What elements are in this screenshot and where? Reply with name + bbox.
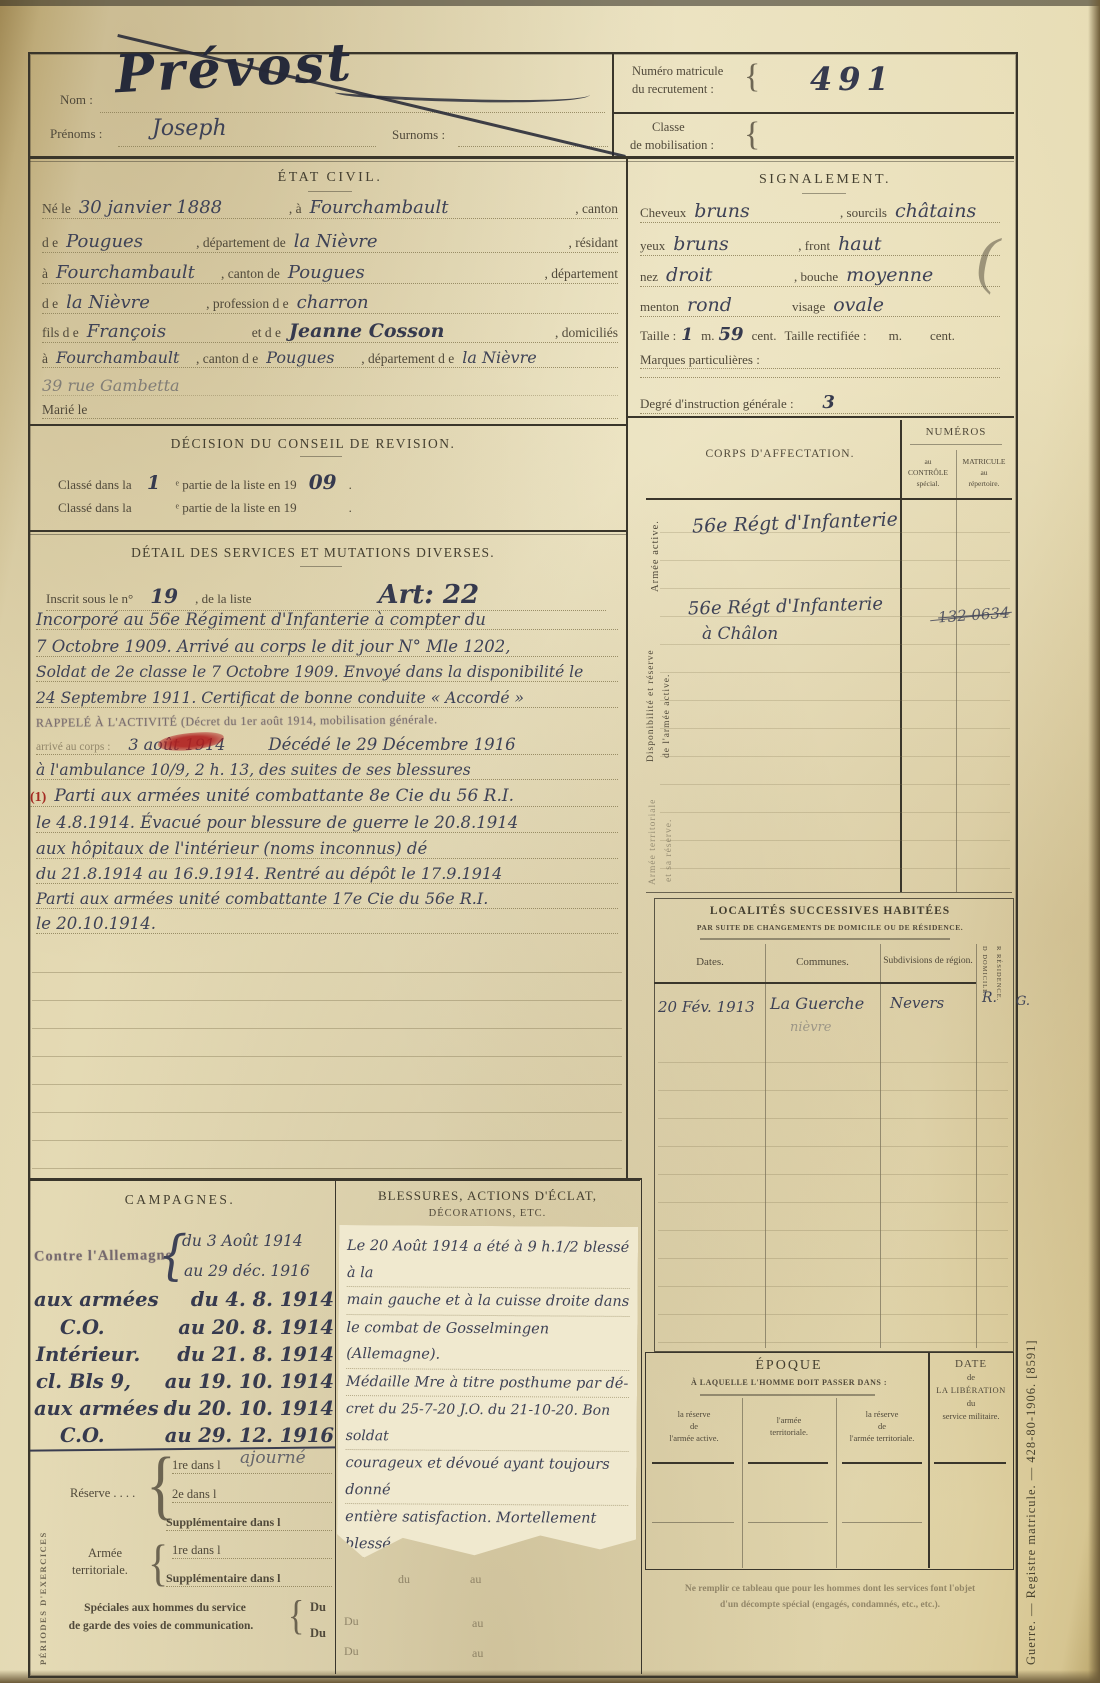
blessures-au-label: au bbox=[470, 1572, 481, 1587]
taille-cm-value: 59 bbox=[719, 324, 744, 345]
localites-commune-faint-value: nièvre bbox=[790, 1020, 831, 1035]
armee-label: Armée bbox=[88, 1546, 122, 1561]
menton-label: menton bbox=[640, 299, 679, 315]
matricule-label-line1: Numéro matricule bbox=[632, 64, 723, 79]
service-entry-1: Incorporé au 56e Régiment d'Infanterie à… bbox=[36, 610, 618, 630]
localites-empty-rules bbox=[658, 1035, 1008, 1343]
marie-line: Marié le bbox=[42, 402, 618, 419]
epoque-title: ÉPOQUE bbox=[650, 1358, 928, 1374]
speciales-au-row-1: au bbox=[472, 1616, 483, 1631]
localites-dates-header: Dates. bbox=[656, 956, 764, 968]
birth-departement-value: la Nièvre bbox=[294, 231, 569, 252]
article-value: Art: 22 bbox=[252, 580, 607, 610]
speciales-du-1: Du bbox=[310, 1600, 326, 1615]
localites-subdivision-value: Nevers bbox=[890, 994, 944, 1012]
campagne-lieu: cl. Bls 9, bbox=[36, 1370, 131, 1393]
domicilies-label: , domiciliés bbox=[555, 325, 618, 341]
matricule-line-2: au bbox=[956, 467, 1012, 478]
reserve-suppl-label: Supplémentaire dans l bbox=[166, 1515, 280, 1530]
epoque-subtitle: À LAQUELLE L'HOMME DOIT PASSER DANS : bbox=[650, 1378, 928, 1387]
marques-blank-rule bbox=[640, 377, 1000, 378]
profession-value: charron bbox=[297, 292, 618, 313]
epoque-row2-rule-3 bbox=[842, 1522, 922, 1523]
col3-line-3: l'armée territoriale. bbox=[838, 1432, 926, 1444]
evacue-line: le 4.8.1914. Évacué pour blessure de gue… bbox=[36, 813, 618, 833]
campagne-ligne-1: aux arméesdu 4. 8. 1914 bbox=[34, 1288, 334, 1311]
yeux-line: yeux bruns , front haut bbox=[640, 233, 1000, 256]
blessures-subtitle: DÉCORATIONS, ETC. bbox=[340, 1208, 635, 1219]
nom-rule bbox=[100, 112, 605, 113]
departement-de-label: , département d e bbox=[361, 351, 454, 367]
campagne-dates: du 4. 8. 1914 bbox=[191, 1288, 334, 1311]
taille-rectifiee-label: Taille rectifiée : bbox=[784, 328, 866, 344]
controle-line-3: spécial. bbox=[900, 478, 956, 489]
reserve-row-3: Supplémentaire dans l bbox=[166, 1515, 332, 1531]
marie-le-label: Marié le bbox=[42, 402, 87, 418]
blessure-text-line-1: Le 20 Août 1914 a été à 9 h.1/2 blessé à… bbox=[347, 1233, 630, 1289]
controle-line-2: CONTRÔLE bbox=[900, 467, 956, 478]
campagne-lieu: Intérieur. bbox=[36, 1343, 140, 1366]
services-title-rule bbox=[300, 566, 342, 567]
parti-armees-line-1: (1) Parti aux armées unité combattante 8… bbox=[30, 786, 618, 807]
domicile-canton-value: Pougues bbox=[266, 348, 361, 367]
speciales-du-row-2: Du bbox=[344, 1644, 359, 1659]
speciales-du-2: Du bbox=[310, 1626, 326, 1641]
main-column-divider bbox=[626, 158, 628, 1178]
matricule-line-3: répertoire. bbox=[956, 478, 1012, 489]
taille-rectifiee-cent: cent. bbox=[930, 328, 955, 344]
arrive-au-corps-label: arrivé au corps : bbox=[36, 741, 110, 753]
territoriale-label: territoriale. bbox=[72, 1563, 128, 1578]
epoque-col3-rule bbox=[842, 1462, 922, 1464]
yeux-label: yeux bbox=[640, 238, 665, 254]
father-name-value: François bbox=[87, 321, 252, 342]
col1-line-1: la réserve bbox=[648, 1408, 740, 1420]
taille-line: Taille : 1 m. 59 cent. Taille rectifiée … bbox=[640, 324, 1000, 345]
date-header-line-4: du bbox=[930, 1397, 1012, 1410]
col1-line-2: de bbox=[648, 1420, 740, 1432]
epoque-title-rule bbox=[700, 1394, 875, 1396]
date-header-line-1: DATE bbox=[930, 1358, 1012, 1371]
controle-special-header: au CONTRÔLE spécial. bbox=[900, 456, 956, 489]
localites-title-rule bbox=[700, 938, 950, 940]
header-bottom-hairline bbox=[28, 161, 1014, 162]
corps-table-rules bbox=[660, 505, 1010, 885]
speciales-label-1: Spéciales aux hommes du service bbox=[44, 1602, 286, 1614]
epoque-col1-header: la réserve de l'armée active. bbox=[648, 1408, 740, 1444]
speciales-au-row-2: au bbox=[472, 1646, 483, 1661]
etat-civil-title: ÉTAT CIVIL. bbox=[130, 170, 530, 186]
residence-departement-value: la Nièvre bbox=[66, 292, 206, 313]
parti-armees-value-1: Parti aux armées unité combattante 8e Ci… bbox=[54, 786, 618, 806]
numeros-header-rule bbox=[910, 444, 1002, 445]
parti-armees-line-2: Parti aux armées unité combattante 17e C… bbox=[36, 889, 618, 909]
campagne-ligne-6: C.O.au 29. 12. 1916 bbox=[60, 1424, 334, 1447]
epoque-col3-header: la réserve de l'armée territoriale. bbox=[838, 1408, 926, 1444]
epoque-row2-rule-1 bbox=[652, 1522, 734, 1523]
campagne-dates: au 19. 10. 1914 bbox=[165, 1370, 334, 1393]
blessures-du-label: du bbox=[398, 1572, 410, 1587]
classe-line-2: Classé dans la ᵉ partie de la liste en 1… bbox=[58, 500, 578, 516]
sourcils-label: , sourcils bbox=[840, 205, 887, 221]
campagne-lieu: aux armées bbox=[34, 1288, 159, 1311]
territoriale-row-2: Supplémentaire dans l bbox=[166, 1571, 332, 1587]
reserve-1re-label: 1re dans l bbox=[172, 1458, 221, 1473]
yeux-value: bruns bbox=[673, 233, 798, 255]
service-entry-4: 24 Septembre 1911. Certificat de bonne c… bbox=[36, 689, 618, 708]
rentre-depot-line: du 21.8.1914 au 16.9.1914. Rentré au dép… bbox=[36, 864, 618, 884]
header-bottom-line bbox=[28, 156, 1014, 159]
scan-edge-right bbox=[1088, 0, 1100, 1683]
canton-de-label: , canton de bbox=[221, 266, 280, 282]
date-depart-line: le 20.10.1914. bbox=[36, 914, 618, 934]
matricule-box-hline bbox=[612, 112, 1014, 114]
classe-line-1: Classé dans la 1 ᵉ partie de la liste en… bbox=[58, 470, 578, 494]
matricule-box-divider bbox=[612, 52, 614, 158]
date-header-line-3: LA LIBÉRATION bbox=[930, 1384, 1012, 1397]
localites-commune-value: La Guerche bbox=[770, 994, 864, 1013]
revision-title-rule bbox=[300, 456, 342, 457]
matricule-label-line2: du recrutement : bbox=[632, 82, 714, 97]
speciales-du-row-1: Du bbox=[344, 1614, 359, 1629]
localites-subtitle: PAR SUITE DE CHANGEMENTS DE DOMICILE OU … bbox=[660, 923, 1000, 932]
birth-line-1: Né le 30 janvier 1888 , à Fourchambault … bbox=[42, 197, 618, 219]
contre-allemagne-stamp: Contre l'Allemagne bbox=[34, 1247, 173, 1265]
profession-label: , profession d e bbox=[206, 296, 288, 312]
campagne-fin-value: au 29 déc. 1916 bbox=[184, 1262, 310, 1280]
blessures-title: BLESSURES, ACTIONS D'ÉCLAT, bbox=[340, 1188, 635, 1204]
dot-label: . bbox=[349, 477, 352, 493]
residence-line-1: à Fourchambault , canton de Pougues , dé… bbox=[42, 262, 618, 284]
inscrit-numero-value: 19 bbox=[133, 584, 195, 608]
fils-de-label: fils d e bbox=[42, 325, 79, 341]
classe-brace: { bbox=[744, 116, 760, 154]
prenoms-label: Prénoms : bbox=[50, 126, 102, 142]
armee-active-group-label: Armée active. bbox=[650, 508, 661, 592]
controle-line-1: au bbox=[900, 456, 956, 467]
epoque-col-divider-1 bbox=[742, 1398, 743, 1568]
localites-header-bottom-line bbox=[654, 982, 976, 984]
margin-imprint-vertical-text: Guerre. — Registre matricule. — 428-80-1… bbox=[1024, 1095, 1039, 1665]
epoque-note-line-1: Ne remplir ce tableau que pour les homme… bbox=[648, 1584, 1012, 1594]
matricule-brace: { bbox=[744, 58, 760, 96]
blessures-paper-slip: Le 20 Août 1914 a été à 9 h.1/2 blessé à… bbox=[337, 1225, 638, 1563]
degre-value: 3 bbox=[794, 392, 864, 413]
territoriale-suppl-label: Supplémentaire dans l bbox=[166, 1571, 280, 1586]
matricule-repertoire-header: MATRICULE au répertoire. bbox=[956, 456, 1012, 489]
taille-m-unit: m. bbox=[701, 328, 714, 344]
front-value: haut bbox=[838, 233, 1000, 255]
col2-line-2: territoriale. bbox=[744, 1426, 834, 1438]
classe-dans-la-label: Classé dans la bbox=[58, 477, 132, 493]
epoque-col2-rule bbox=[748, 1462, 828, 1464]
speciales-brace: { bbox=[288, 1594, 304, 1640]
periodes-vertical-label: PÉRIODES D'EXERCICES bbox=[38, 1475, 48, 1665]
services-empty-rules bbox=[32, 945, 622, 1173]
residence-canton-value: Pougues bbox=[288, 262, 545, 283]
date-header-line-2: de bbox=[930, 1371, 1012, 1384]
cheveux-line: Cheveux bruns , sourcils châtains bbox=[640, 200, 1000, 223]
classe-dans-la-label: Classé dans la bbox=[58, 500, 132, 516]
campagne-ligne-2: C.O.au 20. 8. 1914 bbox=[60, 1316, 334, 1339]
street-value: 39 rue Gambetta bbox=[42, 376, 180, 395]
mother-name-value: Jeanne Cosson bbox=[289, 320, 555, 342]
marques-line: Marques particulières : bbox=[640, 352, 1000, 369]
a-label: , à bbox=[289, 201, 302, 217]
epoque-note-line-2: d'un décompte spécial (engagés, condamné… bbox=[648, 1600, 1012, 1610]
departement-de-label: , département de bbox=[196, 235, 286, 251]
signalement-divider bbox=[626, 416, 1014, 418]
prenoms-value: Joseph bbox=[152, 116, 227, 141]
revision-divider-hairline bbox=[28, 534, 626, 535]
canton-label: , canton bbox=[575, 201, 618, 217]
classe-annee-value: 09 bbox=[297, 470, 349, 494]
domicile-value: Fourchambault bbox=[56, 348, 196, 367]
campagne-lieu: C.O. bbox=[60, 1424, 105, 1447]
campagne-dates: du 21. 8. 1914 bbox=[177, 1343, 334, 1366]
disponibilite-group-label-2: de l'armée active. bbox=[662, 598, 672, 758]
signalement-title-rule bbox=[802, 193, 846, 194]
campagne-dates: au 29. 12. 1916 bbox=[165, 1424, 334, 1447]
col3-line-1: la réserve bbox=[838, 1408, 926, 1420]
localites-date-value: 20 Fév. 1913 bbox=[658, 998, 755, 1016]
blessure-text-line-6: courageux et dévoué ayant toujours donné bbox=[345, 1450, 628, 1506]
de-label: d e bbox=[42, 235, 58, 251]
date-header-line-5: service militaire. bbox=[930, 1410, 1012, 1423]
localites-subdivisions-header: Subdivisions de région. bbox=[881, 956, 975, 966]
revision-divider bbox=[28, 530, 626, 532]
etat-civil-title-rule bbox=[308, 191, 352, 192]
blessure-text-line-3: le combat de Gosselmingen (Allemagne). bbox=[346, 1315, 629, 1371]
classe-partie-value: 1 bbox=[132, 472, 176, 494]
nez-value: droit bbox=[666, 264, 794, 286]
taille-label: Taille : bbox=[640, 328, 676, 344]
localites-title: LOCALITÉS SUCCESSIVES HABITÉES bbox=[660, 905, 1000, 917]
campagne-debut-value: du 3 Août 1914 bbox=[182, 1232, 303, 1250]
taille-rectifiee-m: m. bbox=[889, 328, 902, 344]
et-de-label: et d e bbox=[252, 325, 281, 341]
hopitaux-line: aux hôpitaux de l'intérieur (noms inconn… bbox=[36, 839, 618, 859]
bouche-label: , bouche bbox=[794, 269, 838, 285]
matricule-line-1: MATRICULE bbox=[956, 456, 1012, 467]
territoriale-group-label-1: Armée territoriale bbox=[648, 775, 658, 885]
de-la-liste-label: , de la liste bbox=[195, 591, 251, 607]
degre-label: Degré d'instruction générale : bbox=[640, 396, 794, 412]
nez-label: nez bbox=[640, 269, 658, 285]
departement-label: , département bbox=[545, 266, 618, 282]
localites-domicile-header: D DOMICILE. bbox=[981, 946, 988, 1018]
reserve-row-2: 2e dans l bbox=[172, 1487, 332, 1503]
services-title: DÉTAIL DES SERVICES ET MUTATIONS DIVERSE… bbox=[48, 545, 578, 561]
corps-header-bottom-line bbox=[646, 498, 1012, 500]
signalement-title: SIGNALEMENT. bbox=[700, 172, 950, 188]
domicile-line: à Fourchambault , canton d e Pougues , d… bbox=[42, 348, 618, 368]
speciales-label-2: de garde des voies de communication. bbox=[36, 1620, 286, 1632]
matricule-value: 491 bbox=[810, 60, 895, 98]
marques-label: Marques particulières : bbox=[640, 352, 760, 368]
reserve-label: Réserve . . . . bbox=[70, 1486, 135, 1501]
prenoms-rule bbox=[118, 146, 376, 147]
service-entry-2: 7 Octobre 1909. Arrivé au corps le dit j… bbox=[36, 637, 618, 657]
epoque-col2-header: l'armée territoriale. bbox=[744, 1414, 834, 1438]
epoque-date-rule bbox=[934, 1462, 1006, 1464]
red-annotation-1: (1) bbox=[30, 790, 46, 806]
degre-line: Degré d'instruction générale : 3 bbox=[640, 392, 1000, 414]
blessure-text-line-2: main gauche et à la cuisse droite dans bbox=[347, 1287, 630, 1316]
col2-line-1: l'armée bbox=[744, 1414, 834, 1426]
birth-line-2: d e Pougues , département de la Nièvre ,… bbox=[42, 231, 618, 253]
residence-line-2: d e la Nièvre , profession d e charron bbox=[42, 292, 618, 314]
reserve-2e-label: 2e dans l bbox=[172, 1487, 216, 1502]
taille-cm-unit: cent. bbox=[752, 328, 777, 344]
inscrit-line: Inscrit sous le n° 19 , de la liste Art:… bbox=[46, 580, 606, 611]
ambulance-line: à l'ambulance 10/9, 2 h. 13, des suites … bbox=[36, 761, 618, 780]
campagnes-title: CAMPAGNES. bbox=[40, 1192, 320, 1208]
epoque-date-header: DATE de LA LIBÉRATION du service militai… bbox=[930, 1358, 1012, 1423]
de-label: d e bbox=[42, 296, 58, 312]
territoriale-1re-label: 1re dans l bbox=[172, 1543, 221, 1558]
front-label: , front bbox=[798, 238, 830, 254]
etat-civil-divider bbox=[28, 424, 626, 426]
street-line: 39 rue Gambetta bbox=[42, 376, 618, 396]
scan-edge-top bbox=[0, 0, 1100, 6]
classe-label-line1: Classe bbox=[652, 120, 685, 135]
birth-date-value: 30 janvier 1888 bbox=[79, 197, 289, 218]
service-entry-3: Soldat de 2e classe le 7 Octobre 1909. E… bbox=[36, 663, 618, 682]
revision-title: DÉCISION DU CONSEIL DE REVISION. bbox=[78, 436, 548, 452]
birth-canton-value: Pougues bbox=[66, 231, 196, 252]
blessure-text-line-5: cret du 25-7-20 J.O. du 21-10-20. Bon so… bbox=[346, 1396, 629, 1452]
epoque-row2-rule-2 bbox=[748, 1522, 828, 1523]
cheveux-value: bruns bbox=[694, 200, 840, 222]
residant-label: , résidant bbox=[569, 235, 619, 251]
inscrit-label: Inscrit sous le n° bbox=[46, 591, 133, 607]
a-label: à bbox=[42, 351, 48, 367]
campagne-dates: au 20. 8. 1914 bbox=[178, 1316, 334, 1339]
surnoms-label: Surnoms : bbox=[392, 127, 445, 143]
territoriale-row-1: 1re dans l bbox=[172, 1543, 332, 1559]
visage-value: ovale bbox=[833, 294, 1000, 316]
localites-margin-mark: G. bbox=[1016, 994, 1030, 1009]
campagne-ligne-4: cl. Bls 9,au 19. 10. 1914 bbox=[36, 1370, 334, 1393]
a-label: à bbox=[42, 266, 48, 282]
localites-residence-header: R RÉSIDENCE. bbox=[995, 946, 1002, 1018]
campagne-lieu: aux armées bbox=[34, 1397, 159, 1420]
cheveux-label: Cheveux bbox=[640, 205, 686, 221]
disponibilite-group-label-1: Disponibilité et réserve bbox=[646, 592, 656, 762]
menton-value: rond bbox=[687, 294, 792, 316]
domicile-departement-value: la Nièvre bbox=[462, 348, 618, 367]
col3-line-2: de bbox=[838, 1420, 926, 1432]
epoque-col1-rule bbox=[652, 1462, 734, 1464]
taille-m-value: 1 bbox=[681, 325, 693, 345]
corps-entry-reserve-2: à Châlon bbox=[702, 624, 778, 644]
parents-line: fils d e François et d e Jeanne Cosson ,… bbox=[42, 320, 618, 343]
campagne-ligne-3: Intérieur.du 21. 8. 1914 bbox=[36, 1343, 334, 1366]
partie-liste-label: ᵉ partie de la liste en 19 bbox=[176, 477, 297, 493]
localites-communes-header: Communes. bbox=[766, 956, 879, 968]
dot-label: . bbox=[349, 500, 352, 516]
visage-label: visage bbox=[792, 299, 825, 315]
corps-affectation-header: CORPS D'AFFECTATION. bbox=[660, 448, 900, 460]
col1-line-3: l'armée active. bbox=[648, 1432, 740, 1444]
nez-line: nez droit , bouche moyenne bbox=[640, 264, 1000, 287]
classe-label-line2: de mobilisation : bbox=[630, 138, 714, 153]
nom-label: Nom : bbox=[60, 92, 93, 108]
ne-le-label: Né le bbox=[42, 201, 71, 217]
campagne-lieu: C.O. bbox=[60, 1316, 105, 1339]
territoriale-group-label-2: et sa réserve. bbox=[664, 782, 674, 882]
registre-matricule-page: Nom : Prévost Prénoms : Joseph Surnoms :… bbox=[0, 0, 1100, 1683]
partie-liste-label: ᵉ partie de la liste en 19 bbox=[176, 500, 297, 516]
ajourne-value: ajourné bbox=[240, 1448, 306, 1468]
sourcils-value: châtains bbox=[895, 200, 1000, 222]
numeros-header: NUMÉROS bbox=[900, 426, 1012, 438]
birth-place-value: Fourchambault bbox=[310, 197, 576, 218]
canton-de-label: , canton d e bbox=[196, 351, 258, 367]
blessure-text-line-4: Médaille Mre à titre posthume par dé- bbox=[346, 1369, 629, 1398]
campagne-ligne-5: aux arméesdu 20. 10. 1914 bbox=[34, 1397, 334, 1420]
campagne-dates: du 20. 10. 1914 bbox=[164, 1397, 334, 1420]
deces-value: Décédé le 29 Décembre 1916 bbox=[268, 735, 618, 754]
localites-dr-mark: R. bbox=[982, 990, 997, 1006]
epoque-col-divider-2 bbox=[836, 1398, 837, 1568]
residence-value: Fourchambault bbox=[56, 262, 221, 283]
menton-line: menton rond visage ovale bbox=[640, 294, 1000, 317]
deces-line: arrivé au corps : 3 août 1914 Décédé le … bbox=[36, 735, 618, 755]
